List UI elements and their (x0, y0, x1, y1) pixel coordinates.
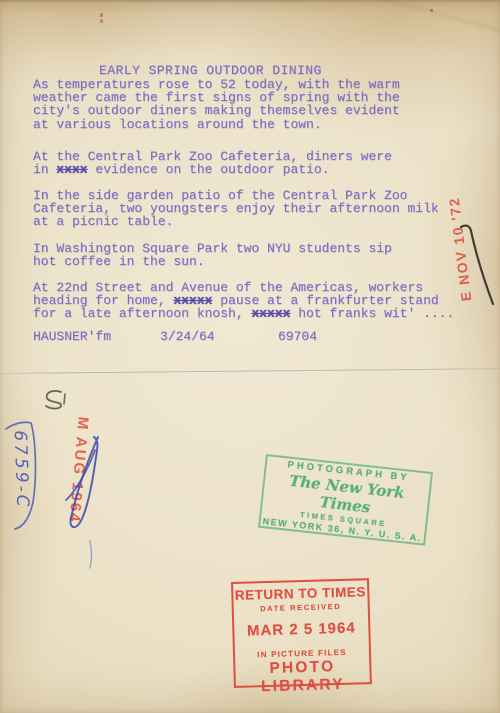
caption-title: EARLY SPRING OUTDOOR DINING (99, 64, 322, 77)
red-ink-speck (100, 13, 103, 17)
reference-number: 69704 (278, 330, 317, 343)
caption-line: evidence on the outdoor patio. (88, 162, 330, 177)
caption-paragraph-5: At 22nd Street and Avenue of the America… (33, 281, 454, 321)
dust-speck (430, 9, 433, 12)
caption-paragraph-2: At the Central Park Zoo Cafeteria, diner… (33, 150, 392, 176)
caption-paragraph-1: As temperatures rose to 52 today, with t… (33, 78, 400, 131)
caption-paragraph-3: In the side garden patio of the Central … (33, 189, 439, 229)
return-to-times-stamp: RETURN TO TIMES DATE RECEIVED MAR 2 5 19… (231, 578, 372, 688)
strikeout-text: xxxxx (251, 306, 290, 321)
caption-line: for a late afternoon knosh, (33, 306, 251, 321)
return-stamp-library-line: PHOTO LIBRARY (235, 657, 370, 697)
return-stamp-subtitle: DATE RECEIVED (234, 601, 368, 614)
photographer-credit: HAUSNER'fm (33, 330, 111, 343)
red-ink-speck (100, 19, 103, 23)
caption-line: in (33, 162, 56, 177)
strikeout-text: xxxx (56, 162, 87, 177)
caption-paragraph-4: In Washington Square Park two NYU studen… (33, 242, 392, 268)
caption-date: 3/24/64 (160, 330, 215, 343)
return-stamp-date: MAR 2 5 1964 (234, 619, 368, 640)
caption-line: hot franks wit' .... (290, 306, 454, 321)
handwritten-file-number: 6759-C (7, 415, 33, 526)
return-stamp-title: RETURN TO TIMES (233, 584, 367, 603)
